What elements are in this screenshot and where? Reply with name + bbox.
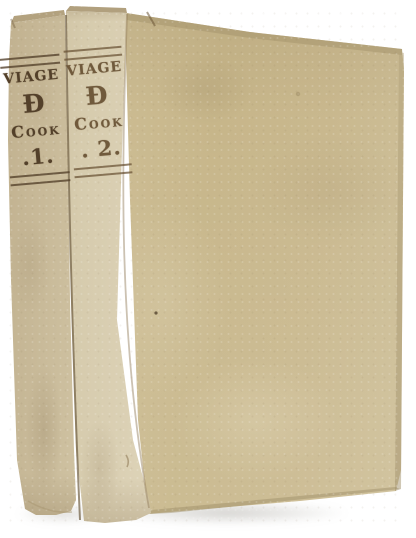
- cover-stain-speck: [296, 92, 300, 96]
- photo-two-vellum-books: VIAGE Đ Cook .1. VIAGE Đ Cook . 2.: [0, 0, 416, 538]
- gap-between-books: [66, 15, 80, 520]
- vellum-speck: [154, 311, 157, 314]
- volume-2-joint-groove: [123, 14, 149, 508]
- vellum-flaw-mark-top: [147, 12, 155, 26]
- photo-detail-marks: [0, 0, 416, 538]
- vellum-scratch: [126, 455, 128, 467]
- vellum-flaw-mark-left: [11, 19, 15, 28]
- volume-1-tailcap-crease: [28, 501, 72, 512]
